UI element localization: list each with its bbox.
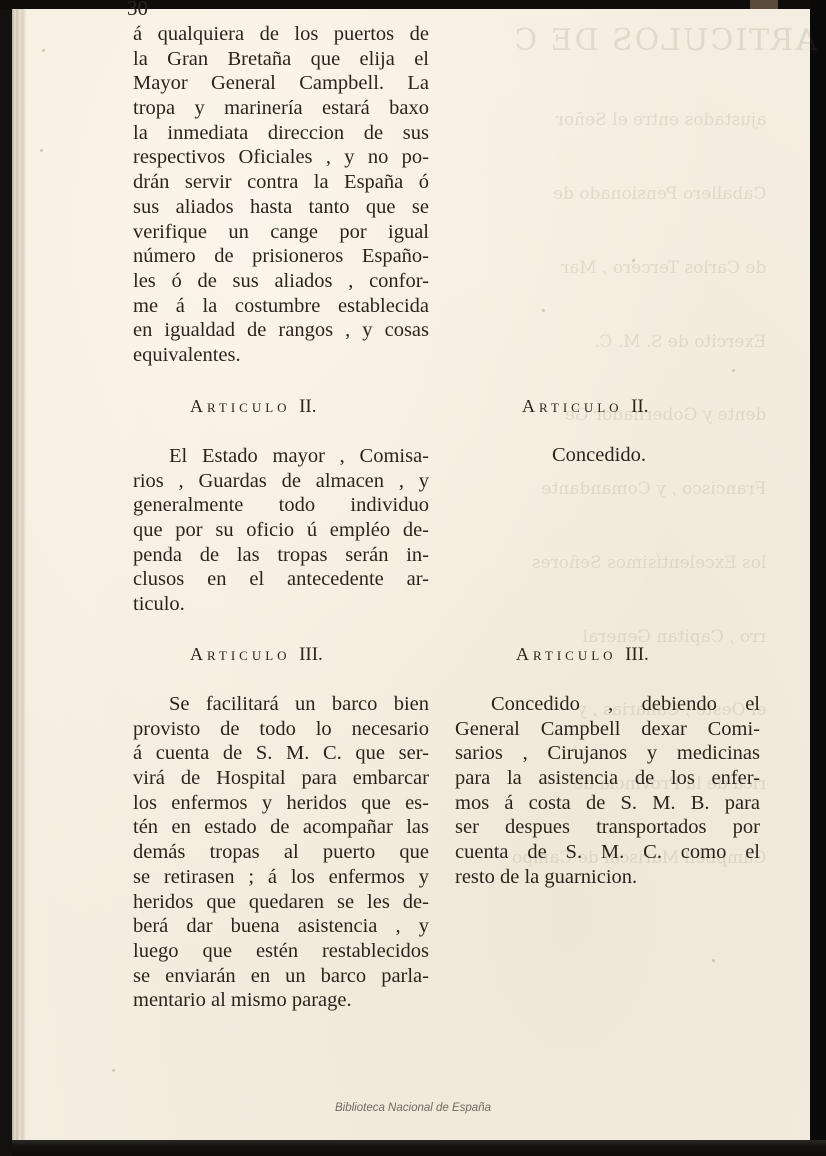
page-number: 30: [127, 0, 148, 20]
text-line: sarios , Cirujanos y medicinas: [455, 741, 760, 766]
text-line: provisto de todo lo necesario: [133, 717, 429, 742]
text-line: cuenta de S. M. C. como el: [455, 840, 760, 865]
text-line: en igualdad de rangos , y cosas: [133, 318, 429, 343]
text-line: Se facilitará un barco bien: [133, 692, 429, 717]
continuation-paragraph: á qualquiera de los puertos de la Gran B…: [133, 22, 429, 368]
heading-numeral: III.: [299, 644, 323, 665]
library-watermark: Biblioteca Nacional de España: [0, 1102, 826, 1114]
text-line: mos á costa de S. M. B. para: [455, 791, 760, 816]
text-line: tropa y marinería estará baxo: [133, 96, 429, 121]
text-line: número de prisioneros Españo-: [133, 244, 429, 269]
text-line: clusos en el antecedente ar-: [133, 567, 429, 592]
text-line: generalmente todo individuo: [133, 493, 429, 518]
text-line: heridos que quedaren se les de-: [133, 890, 429, 915]
text-line: virá de Hospital para embarcar: [133, 766, 429, 791]
article-2-heading-right: Articulo II.: [522, 396, 648, 418]
text-line: les ó de sus aliados , confor-: [133, 269, 429, 294]
text-line: á qualquiera de los puertos de: [133, 22, 429, 47]
text-line: El Estado mayor , Comisa-: [133, 444, 429, 469]
text-line: verifique un cange por igual: [133, 220, 429, 245]
text-line: ser despues transportados por: [455, 815, 760, 840]
article-3-heading-left: Articulo III.: [190, 644, 323, 666]
text-line: rios , Guardas de almacen , y: [133, 469, 429, 494]
text-line: la Gran Bretaña que elija el: [133, 47, 429, 72]
heading-label: Articulo: [190, 644, 291, 664]
text-line: que por su oficio ú empléo de-: [133, 518, 429, 543]
text-line: se retirasen ; á los enfermos y: [133, 865, 429, 890]
text-line: demás tropas al puerto que: [133, 840, 429, 865]
bottom-border: [12, 1140, 826, 1156]
text-line: resto de la guarnicion.: [455, 865, 760, 890]
heading-numeral: II.: [299, 396, 316, 417]
article-3-heading-right: Articulo III.: [516, 644, 649, 666]
heading-numeral: II.: [631, 396, 648, 417]
page-gutter-edge: [12, 9, 26, 1142]
article-2-heading-left: Articulo II.: [190, 396, 316, 418]
text-line: luego que estén restablecidos: [133, 939, 429, 964]
article-3-proposal: Se facilitará un barco bien provisto de …: [133, 692, 429, 1013]
heading-label: Articulo: [516, 644, 617, 664]
heading-label: Articulo: [522, 396, 623, 416]
text-line: equivalentes.: [133, 343, 429, 368]
text-line: berá dar buena asistencia , y: [133, 914, 429, 939]
scanned-document: ARTICULOS DE CAPITULACION ajustados entr…: [0, 0, 826, 1156]
text-line: drán servir contra la España ó: [133, 170, 429, 195]
text-line: se enviarán en un barco parla-: [133, 964, 429, 989]
heading-numeral: III.: [625, 644, 649, 665]
text-line: tén en estado de acompañar las: [133, 815, 429, 840]
heading-label: Articulo: [190, 396, 291, 416]
text-line: Mayor General Campbell. La: [133, 71, 429, 96]
text-line: General Campbell dexar Comi-: [455, 717, 760, 742]
right-border: [810, 0, 826, 1156]
article-2-response: Concedido.: [552, 444, 646, 467]
text-line: para la asistencia de los enfer-: [455, 766, 760, 791]
text-line: respectivos Oficiales , y no po-: [133, 145, 429, 170]
text-line: los enfermos y heridos que es-: [133, 791, 429, 816]
text-line: la inmediata direccion de sus: [133, 121, 429, 146]
article-3-response: Concedido , debiendo el General Campbell…: [455, 692, 760, 890]
text-line: á cuenta de S. M. C. que ser-: [133, 741, 429, 766]
text-line: ticulo.: [133, 592, 429, 617]
article-2-proposal: El Estado mayor , Comisa- rios , Guardas…: [133, 444, 429, 617]
text-line: Concedido , debiendo el: [455, 692, 760, 717]
text-line: penda de las tropas serán in-: [133, 543, 429, 568]
text-line: me á la costumbre establecida: [133, 294, 429, 319]
bleed-through-title: ARTICULOS DE CAPITULACION: [517, 23, 817, 58]
text-line: sus aliados hasta tanto que se: [133, 195, 429, 220]
text-line: mentario al mismo parage.: [133, 988, 429, 1013]
